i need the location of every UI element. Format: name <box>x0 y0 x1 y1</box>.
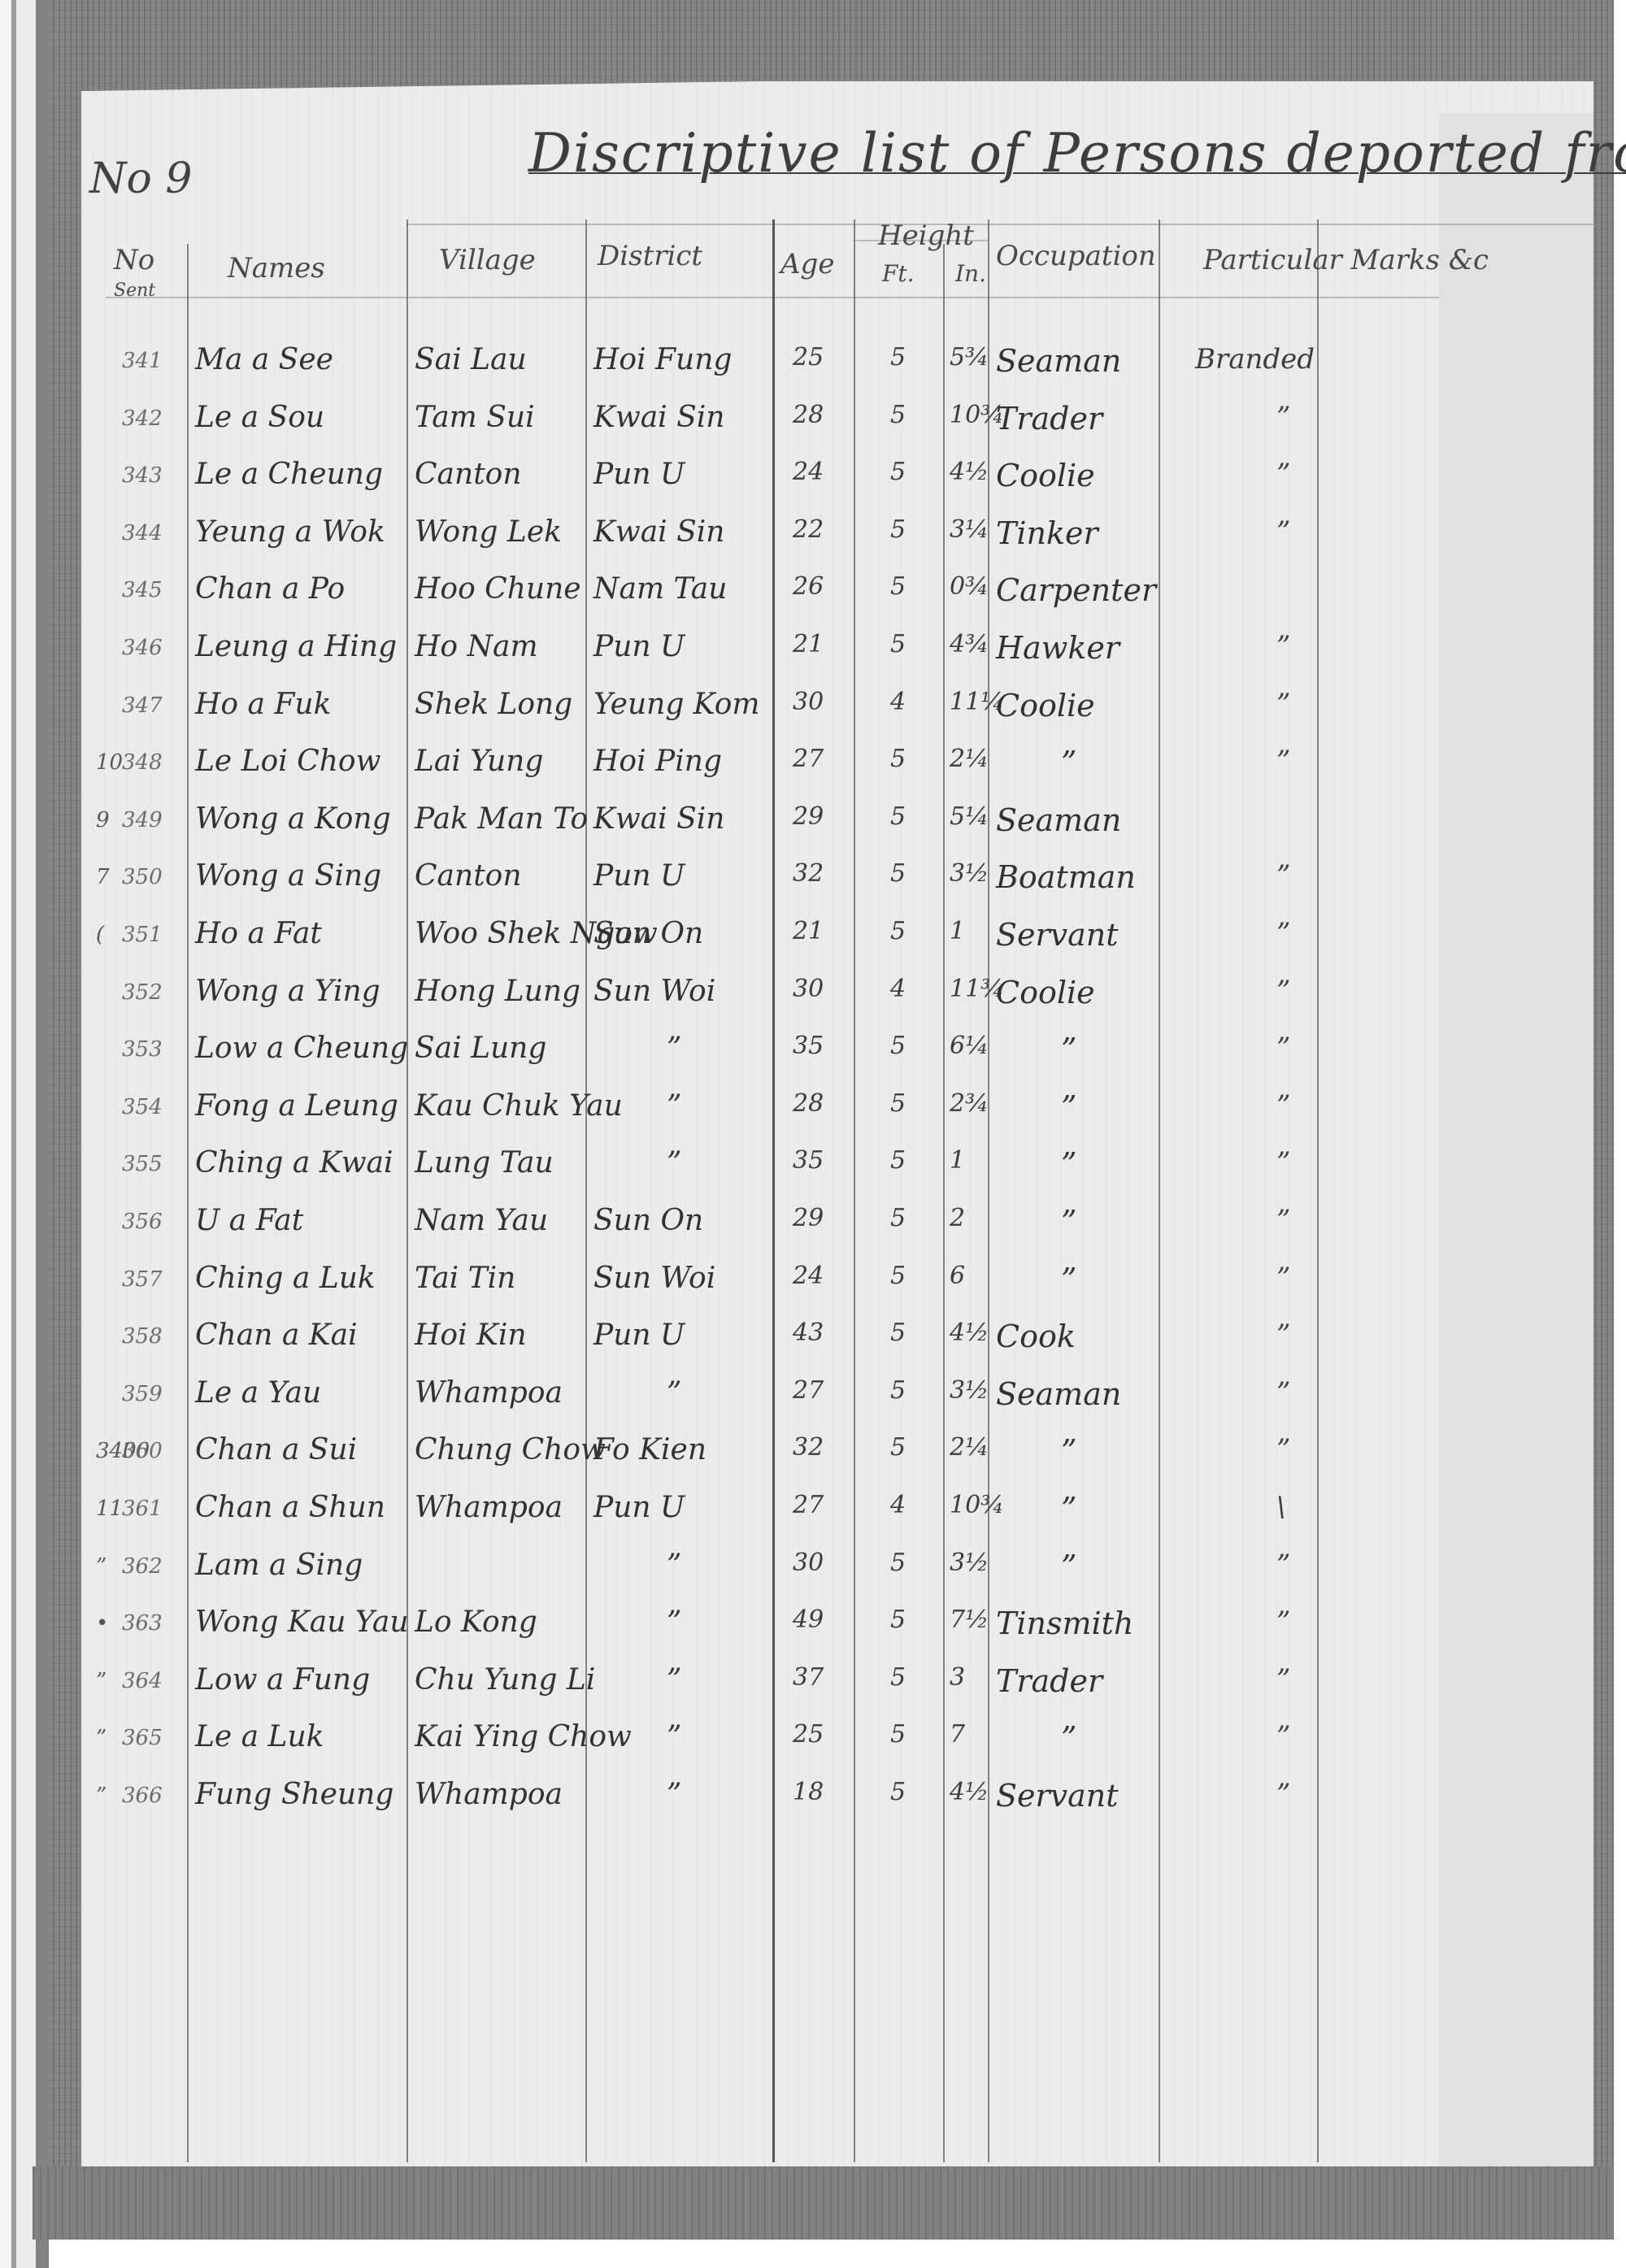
age: 30 <box>793 690 824 715</box>
district: ” <box>667 1608 681 1637</box>
person-name: Chan a Kai <box>195 1321 358 1350</box>
person-name: Fong a Leung <box>195 1092 398 1121</box>
header-no: No <box>114 244 154 276</box>
person-name: Wong Kau Yau <box>195 1608 409 1637</box>
village: Wong Lek <box>415 518 562 547</box>
margin-note: ” <box>96 1671 107 1692</box>
height-feet: 5 <box>890 632 906 657</box>
district: Fo Kien <box>593 1436 706 1465</box>
rule-height-ft <box>943 244 945 2162</box>
village: Shek Long <box>415 690 572 719</box>
age: 43 <box>793 1321 824 1345</box>
person-name: Leung a Hing <box>195 632 397 662</box>
person-name: Wong a Ying <box>195 977 380 1006</box>
age: 32 <box>793 862 824 886</box>
height-inches: 3½ <box>950 1551 989 1575</box>
margin-note: ” <box>96 1727 107 1749</box>
row-number: 344 <box>122 523 163 544</box>
rule-district <box>772 219 775 2162</box>
rule-height-in <box>988 219 989 2162</box>
row-number: 343 <box>122 465 163 486</box>
person-name: Fung Sheung <box>195 1780 393 1810</box>
occupation: Boatman <box>996 862 1136 893</box>
occupation: Seaman <box>996 345 1121 376</box>
height-inches: 2¾ <box>950 1092 989 1116</box>
district: Yeung Kom <box>593 690 760 719</box>
height-inches: 10¾ <box>950 1493 1004 1518</box>
row-number: 353 <box>122 1039 163 1060</box>
particular-marks: ” <box>1276 1092 1290 1119</box>
village: Canton <box>415 862 522 891</box>
age: 21 <box>793 919 824 944</box>
age: 27 <box>793 1379 824 1403</box>
row-number: 352 <box>122 982 163 1003</box>
row-number: 361 <box>122 1498 163 1519</box>
scan-bottom-border <box>33 2166 1614 2240</box>
district: ” <box>667 1149 681 1178</box>
height-feet: 5 <box>890 1321 906 1345</box>
height-feet: 5 <box>890 1379 906 1403</box>
height-feet: 5 <box>890 1034 906 1058</box>
village: Pak Man To <box>415 805 588 834</box>
particular-marks: ” <box>1276 632 1290 660</box>
district: Sun Woi <box>593 977 715 1006</box>
particular-marks: ” <box>1276 1723 1290 1750</box>
village: Whampoa <box>415 1780 563 1810</box>
district: Sun On <box>593 1206 703 1236</box>
occupation: Trader <box>996 1666 1102 1697</box>
height-feet: 5 <box>890 1723 906 1747</box>
village: Sai Lau <box>415 345 527 375</box>
row-number: 342 <box>122 408 163 429</box>
header-height-ft: Ft. <box>882 260 915 287</box>
district: Pun U <box>593 1493 685 1523</box>
row-number: 348 <box>122 752 163 773</box>
age: 37 <box>793 1666 824 1690</box>
margin-note: 7 <box>96 867 110 888</box>
occupation: Seaman <box>996 1379 1121 1410</box>
header-village: Village <box>439 244 536 276</box>
height-feet: 5 <box>890 1608 906 1632</box>
particular-marks: Branded <box>1195 345 1315 373</box>
particular-marks: ” <box>1276 862 1290 889</box>
height-feet: 5 <box>890 1092 906 1116</box>
rule-village <box>585 219 587 2162</box>
page-fold <box>1439 114 1593 2179</box>
height-feet: 5 <box>890 1780 906 1805</box>
row-number: 345 <box>122 580 163 601</box>
row-number: 358 <box>122 1326 163 1347</box>
age: 27 <box>793 1493 824 1518</box>
rule-occupation <box>1159 219 1160 2162</box>
village: Hong Lung <box>415 977 580 1006</box>
height-feet: 5 <box>890 805 906 829</box>
row-number: 355 <box>122 1154 163 1175</box>
rule-age <box>854 219 855 2162</box>
village: Kau Chuk Yau <box>415 1092 623 1121</box>
particular-marks: ” <box>1276 1436 1290 1463</box>
row-number: 366 <box>122 1785 163 1806</box>
village: Chung Chow <box>415 1436 606 1465</box>
village: Tam Sui <box>415 403 535 432</box>
person-name: Wong a Kong <box>195 805 391 834</box>
occupation: Tinsmith <box>996 1608 1133 1639</box>
district: Pun U <box>593 460 685 489</box>
height-inches: 1 <box>950 919 965 944</box>
height-inches: 6¼ <box>950 1034 989 1058</box>
age: 29 <box>793 1206 824 1231</box>
particular-marks: ” <box>1276 1666 1290 1693</box>
height-inches: 4¾ <box>950 632 989 657</box>
age: 25 <box>793 345 824 370</box>
occupation: ” <box>1061 1264 1076 1295</box>
occupation: Carpenter <box>996 575 1156 606</box>
age: 22 <box>793 518 824 542</box>
district: Kwai Sin <box>593 518 725 547</box>
particular-marks: \ <box>1276 1493 1285 1521</box>
row-number: 349 <box>122 810 163 831</box>
person-name: Ho a Fat <box>195 919 322 949</box>
district: ” <box>667 1723 681 1752</box>
height-feet: 5 <box>890 575 906 599</box>
age: 30 <box>793 977 824 1001</box>
occupation: Cook <box>996 1321 1076 1352</box>
particular-marks: ” <box>1276 977 1290 1005</box>
occupation: Coolie <box>996 977 1095 1008</box>
age: 29 <box>793 805 824 829</box>
particular-marks: ” <box>1276 1321 1290 1349</box>
height-feet: 5 <box>890 747 906 771</box>
margin-note: ” <box>96 1785 107 1806</box>
row-number: 351 <box>122 924 163 945</box>
occupation: Servant <box>996 919 1119 950</box>
height-inches: 3½ <box>950 862 989 886</box>
occupation: Coolie <box>996 690 1095 721</box>
district: Kwai Sin <box>593 403 725 432</box>
village: Hoo Chune <box>415 575 581 604</box>
height-inches: 3½ <box>950 1379 989 1403</box>
header-no-sub: Sent <box>114 280 155 301</box>
village: Sai Lung <box>415 1034 546 1063</box>
district: Sun On <box>593 919 703 949</box>
occupation: ” <box>1061 1723 1076 1753</box>
height-feet: 5 <box>890 919 906 944</box>
person-name: Le a Cheung <box>195 460 383 489</box>
age: 35 <box>793 1034 824 1058</box>
person-name: Low a Cheung <box>195 1034 408 1063</box>
district: ” <box>667 1666 681 1695</box>
occupation: Hawker <box>996 632 1120 663</box>
height-inches: 2¼ <box>950 747 989 771</box>
row-number: 346 <box>122 637 163 658</box>
person-name: Low a Fung <box>195 1666 370 1695</box>
district: Hoi Fung <box>593 345 732 375</box>
height-inches: 0¾ <box>950 575 989 599</box>
district: Hoi Ping <box>593 747 722 776</box>
rule-names <box>406 219 408 2162</box>
margin-note: • <box>96 1613 108 1634</box>
height-feet: 5 <box>890 1436 906 1460</box>
village: Whampoa <box>415 1493 563 1523</box>
row-number: 365 <box>122 1727 163 1749</box>
row-number: 360 <box>122 1440 163 1462</box>
document-title: Discriptive list of Persons deported fro… <box>528 122 1626 185</box>
person-name: Ching a Luk <box>195 1264 376 1293</box>
occupation: ” <box>1061 1551 1076 1582</box>
header-height: Height <box>878 219 974 252</box>
height-feet: 4 <box>890 1493 906 1518</box>
height-feet: 4 <box>890 977 906 1001</box>
row-number: 356 <box>122 1211 163 1232</box>
row-number: 350 <box>122 867 163 888</box>
particular-marks: ” <box>1276 1034 1290 1062</box>
district: ” <box>667 1780 681 1810</box>
ledger-page <box>81 81 1593 2187</box>
row-number: 357 <box>122 1269 163 1290</box>
age: 49 <box>793 1608 824 1632</box>
person-name: Le a Yau <box>195 1379 321 1408</box>
rule-no <box>187 244 189 2162</box>
person-name: Yeung a Wok <box>195 518 385 547</box>
rule-marks <box>1317 219 1319 2162</box>
district: Pun U <box>593 862 685 891</box>
height-inches: 6 <box>950 1264 965 1288</box>
particular-marks: ” <box>1276 1379 1290 1406</box>
height-feet: 5 <box>890 518 906 542</box>
margin-note: ” <box>96 1556 107 1577</box>
person-name: Le a Sou <box>195 403 324 432</box>
row-number: 359 <box>122 1384 163 1405</box>
particular-marks: ” <box>1276 1206 1290 1234</box>
margin-note: 10 <box>96 752 123 773</box>
row-number: 347 <box>122 695 163 716</box>
village: Kai Ying Chow <box>415 1723 632 1752</box>
person-name: Chan a Shun <box>195 1493 385 1523</box>
age: 24 <box>793 1264 824 1288</box>
person-name: Lam a Sing <box>195 1551 363 1580</box>
height-inches: 1 <box>950 1149 965 1173</box>
binding-spine <box>0 0 49 2268</box>
particular-marks: ” <box>1276 690 1290 718</box>
height-feet: 5 <box>890 345 906 370</box>
person-name: Chan a Sui <box>195 1436 357 1465</box>
district: Sun Woi <box>593 1264 715 1293</box>
height-inches: 7 <box>950 1723 965 1747</box>
height-feet: 5 <box>890 1666 906 1690</box>
height-inches: 5¼ <box>950 805 989 829</box>
particular-marks: ” <box>1276 1780 1290 1808</box>
height-feet: 5 <box>890 1206 906 1231</box>
person-name: Ma a See <box>195 345 333 375</box>
district: Nam Tau <box>593 575 727 604</box>
village: Tai Tin <box>415 1264 515 1293</box>
sheet-number: No 9 <box>89 154 192 203</box>
village: Whampoa <box>415 1379 563 1408</box>
village: Canton <box>415 460 522 489</box>
particular-marks: ” <box>1276 403 1290 431</box>
margin-note: ( <box>96 924 104 945</box>
person-name: Wong a Sing <box>195 862 381 891</box>
height-feet: 5 <box>890 403 906 428</box>
district: ” <box>667 1379 681 1408</box>
person-name: Chan a Po <box>195 575 345 604</box>
header-age: Age <box>780 248 834 280</box>
height-inches: 4½ <box>950 1321 989 1345</box>
particular-marks: ” <box>1276 518 1290 545</box>
row-number: 341 <box>122 350 163 371</box>
height-inches: 5¾ <box>950 345 989 370</box>
age: 28 <box>793 1092 824 1116</box>
header-names: Names <box>228 252 325 285</box>
district: ” <box>667 1092 681 1121</box>
occupation: Servant <box>996 1780 1119 1811</box>
village: Lung Tau <box>415 1149 554 1178</box>
occupation: Trader <box>996 403 1102 434</box>
header-district: District <box>598 240 702 272</box>
district: Pun U <box>593 632 685 662</box>
person-name: U a Fat <box>195 1206 303 1236</box>
height-feet: 4 <box>890 690 906 715</box>
district: Kwai Sin <box>593 805 725 834</box>
village: Hoi Kin <box>415 1321 527 1350</box>
particular-marks: ” <box>1276 919 1290 947</box>
margin-note: 9 <box>96 810 110 831</box>
person-name: Ching a Kwai <box>195 1149 393 1178</box>
age: 27 <box>793 747 824 771</box>
age: 21 <box>793 632 824 657</box>
particular-marks: ” <box>1276 1149 1290 1176</box>
occupation: ” <box>1061 1493 1076 1524</box>
height-feet: 5 <box>890 862 906 886</box>
village: Chu Yung Li <box>415 1666 595 1695</box>
row-number: 354 <box>122 1097 163 1118</box>
age: 26 <box>793 575 824 599</box>
height-inches: 4½ <box>950 460 989 484</box>
row-number: 362 <box>122 1556 163 1577</box>
village: Nam Yau <box>415 1206 548 1236</box>
occupation: ” <box>1061 1149 1076 1180</box>
occupation: ” <box>1061 1206 1076 1237</box>
margin-note: 11 <box>96 1498 123 1519</box>
age: 25 <box>793 1723 824 1747</box>
height-feet: 5 <box>890 1551 906 1575</box>
person-name: Ho a Fuk <box>195 690 331 719</box>
row-number: 363 <box>122 1613 163 1634</box>
occupation: Tinker <box>996 518 1098 549</box>
district: Pun U <box>593 1321 685 1350</box>
particular-marks: ” <box>1276 1264 1290 1292</box>
occupation: ” <box>1061 1092 1076 1123</box>
district: ” <box>667 1034 681 1063</box>
particular-marks: ” <box>1276 1551 1290 1579</box>
age: 18 <box>793 1780 824 1805</box>
occupation: Seaman <box>996 805 1121 836</box>
occupation: ” <box>1061 1436 1076 1466</box>
row-number: 364 <box>122 1671 163 1692</box>
district: ” <box>667 1551 681 1580</box>
height-feet: 5 <box>890 460 906 484</box>
particular-marks: ” <box>1276 1608 1290 1636</box>
height-inches: 2¼ <box>950 1436 989 1460</box>
occupation: ” <box>1061 1034 1076 1065</box>
occupation: ” <box>1061 747 1076 778</box>
height-feet: 5 <box>890 1149 906 1173</box>
height-inches: 4½ <box>950 1780 989 1805</box>
height-feet: 5 <box>890 1264 906 1288</box>
particular-marks: ” <box>1276 460 1290 488</box>
height-inches: 3¼ <box>950 518 989 542</box>
header-particular-marks: Particular Marks &c <box>1203 244 1489 276</box>
height-inches: 3 <box>950 1666 965 1690</box>
age: 28 <box>793 403 824 428</box>
age: 24 <box>793 460 824 484</box>
village: Lai Yung <box>415 747 543 776</box>
age: 30 <box>793 1551 824 1575</box>
height-inches: 7½ <box>950 1608 989 1632</box>
village: Lo Kong <box>415 1608 537 1637</box>
occupation: Coolie <box>996 460 1095 491</box>
header-height-in: In. <box>955 260 986 287</box>
village: Ho Nam <box>415 632 538 662</box>
header-occupation: Occupation <box>996 240 1156 272</box>
person-name: Le a Luk <box>195 1723 324 1752</box>
particular-marks: ” <box>1276 747 1290 775</box>
person-name: Le Loi Chow <box>195 747 380 776</box>
age: 35 <box>793 1149 824 1173</box>
height-inches: 2 <box>950 1206 965 1231</box>
age: 32 <box>793 1436 824 1460</box>
